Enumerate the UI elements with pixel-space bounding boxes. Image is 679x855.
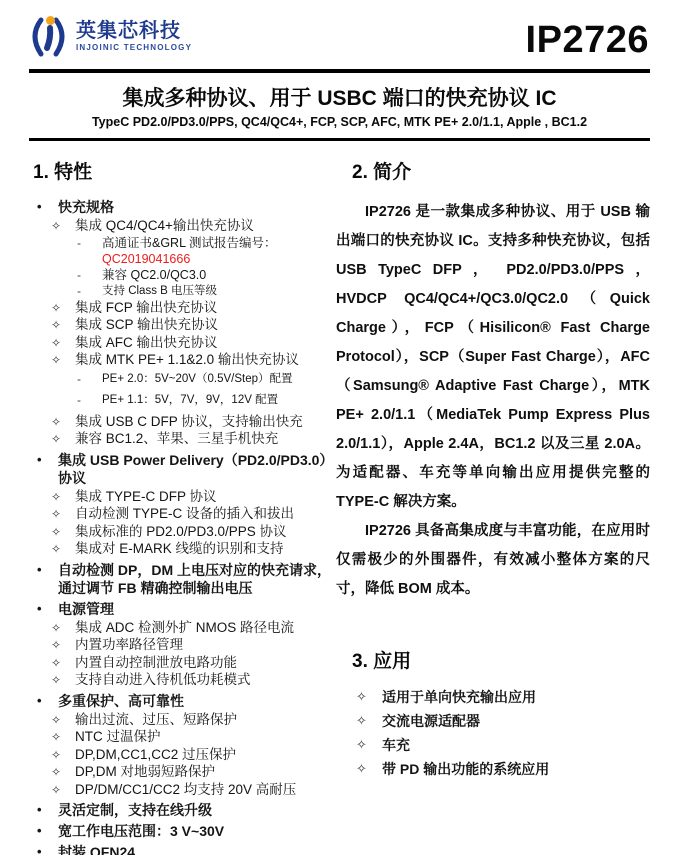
feature-item: -PE+ 1.1：5V，7V，9V，12V 配置 [33,393,336,408]
feature-text: DP,DM,CC1,CC2 过压保护 [75,747,336,764]
feature-text: PE+ 2.0：5V~20V（0.5V/Step）配置 [102,372,336,387]
feature-text: 电源管理 [58,600,336,618]
document-title: 集成多种协议、用于 USBC 端口的快充协议 IC [0,82,679,112]
applications-list: ✧适用于单向快充输出应用✧交流电源适配器✧车充✧带 PD 输出功能的系统应用 [336,687,650,779]
feature-item: •多重保护、高可靠性 [33,692,336,710]
bullet-marker: • [33,600,58,618]
bullet-marker: • [33,451,58,469]
feature-item: ✧集成 MTK PE+ 1.1&2.0 输出快充协议 [33,352,336,369]
feature-item: •宽工作电压范围：3 V~30V [33,822,336,840]
feature-item: ✧集成 ADC 检测外扩 NMOS 路径电流 [33,620,336,637]
feature-text: 支持自动进入待机低功耗模式 [75,672,336,689]
feature-item: •灵活定制，支持在线升级 [33,801,336,819]
feature-text: DP/DM/CC1/CC2 均支持 20V 高耐压 [75,782,336,799]
feature-item: •封装 QFN24 [33,843,336,855]
feature-item: ✧集成标准的 PD2.0/PD3.0/PPS 协议 [33,524,336,541]
feature-text: 集成 USB C DFP 协议，支持输出快充 [75,414,336,431]
application-text: 适用于单向快充输出应用 [382,687,536,707]
intro-paragraph: IP2726 是一款集成多种协议、用于 USB 输出端口的快充协议 IC。支持多… [336,198,650,517]
title-block: 集成多种协议、用于 USBC 端口的快充协议 IC TypeC PD2.0/PD… [0,73,679,138]
application-item: ✧带 PD 输出功能的系统应用 [336,759,650,779]
diamond-marker: ✧ [51,300,75,317]
feature-item: ✧集成 FCP 输出快充协议 [33,300,336,317]
feature-item: ✧支持自动进入待机低功耗模式 [33,672,336,689]
intro-paragraph: IP2726 具备高集成度与丰富功能，在应用时仅需极少的外围器件，有效减小整体方… [336,517,650,604]
diamond-marker: ✧ [51,335,75,352]
feature-item: •集成 USB Power Delivery（PD2.0/PD3.0）协议 [33,451,336,487]
bullet-marker: • [33,843,58,855]
bullet-marker: • [33,561,58,579]
application-text: 交流电源适配器 [382,711,480,731]
header: 英集芯科技 INJOINIC TECHNOLOGY IP2726 [0,0,679,69]
feature-item: ✧NTC 过温保护 [33,729,336,746]
bullet-marker: • [33,822,58,840]
feature-text: 兼容 QC2.0/QC3.0 [102,268,336,283]
part-number: IP2726 [526,21,649,59]
feature-item: •电源管理 [33,600,336,618]
feature-text: 集成标准的 PD2.0/PD3.0/PPS 协议 [75,524,336,541]
feature-text: DP,DM 对地弱短路保护 [75,764,336,781]
feature-item: -PE+ 2.0：5V~20V（0.5V/Step）配置 [33,372,336,387]
feature-item: ✧内置功率路径管理 [33,637,336,654]
features-column: 1. 特性 •快充规格✧集成 QC4/QC4+输出快充协议-高通证书&GRL 测… [33,153,336,855]
dash-marker: - [77,268,102,283]
feature-text: 集成 FCP 输出快充协议 [75,300,336,317]
feature-item: ✧DP/DM/CC1/CC2 均支持 20V 高耐压 [33,782,336,799]
applications-heading: 3. 应用 [336,646,650,673]
feature-text: 集成 MTK PE+ 1.1&2.0 输出快充协议 [75,352,336,369]
feature-text: 内置功率路径管理 [75,637,336,654]
application-text: 车充 [382,735,410,755]
feature-text: 输出过流、过压、短路保护 [75,712,336,729]
feature-item: ✧集成对 E-MARK 线缆的识别和支持 [33,541,336,558]
injoinic-logo-icon [26,13,70,59]
feature-text: 兼容 BC1.2、苹果、三星手机快充 [75,431,336,448]
application-item: ✧交流电源适配器 [336,711,650,731]
diamond-marker: ✧ [356,687,382,707]
feature-item: ✧兼容 BC1.2、苹果、三星手机快充 [33,431,336,448]
feature-text: 多重保护、高可靠性 [58,692,336,710]
diamond-marker: ✧ [51,712,75,729]
diamond-marker: ✧ [51,317,75,334]
diamond-marker: ✧ [51,782,75,799]
diamond-marker: ✧ [51,747,75,764]
feature-text: 集成 ADC 检测外扩 NMOS 路径电流 [75,620,336,637]
feature-item: ✧输出过流、过压、短路保护 [33,712,336,729]
features-heading: 1. 特性 [33,157,336,184]
diamond-marker: ✧ [51,414,75,431]
feature-item: -兼容 QC2.0/QC3.0 [33,268,336,283]
feature-item: ✧DP,DM 对地弱短路保护 [33,764,336,781]
feature-text: 支持 Class B 电压等级 [102,284,336,299]
dash-marker: - [77,372,102,387]
diamond-marker: ✧ [356,759,382,779]
intro-column: 2. 简介 IP2726 是一款集成多种协议、用于 USB 输出端口的快充协议 … [336,153,650,855]
application-item: ✧车充 [336,735,650,755]
diamond-marker: ✧ [51,655,75,672]
diamond-marker: ✧ [51,672,75,689]
feature-text: 快充规格 [58,198,336,216]
bullet-marker: • [33,198,58,216]
feature-text: 自动检测 TYPE-C 设备的插入和拔出 [75,506,336,523]
diamond-marker: ✧ [51,489,75,506]
feature-text: 集成对 E-MARK 线缆的识别和支持 [75,541,336,558]
features-list: •快充规格✧集成 QC4/QC4+输出快充协议-高通证书&GRL 测试报告编号：… [33,198,336,855]
diamond-marker: ✧ [356,735,382,755]
diamond-marker: ✧ [356,711,382,731]
feature-item: -支持 Class B 电压等级 [33,284,336,299]
feature-item: •自动检测 DP，DM 上电压对应的快充请求，通过调节 FB 精确控制输出电压 [33,561,336,597]
diamond-marker: ✧ [51,352,75,369]
logo-name-en: INJOINIC TECHNOLOGY [76,44,192,52]
feature-text: 集成 USB Power Delivery（PD2.0/PD3.0）协议 [58,451,336,487]
feature-text: 灵活定制，支持在线升级 [58,801,336,819]
logo-text: 英集芯科技 INJOINIC TECHNOLOGY [76,21,192,52]
dash-marker: - [77,236,102,251]
feature-text: 集成 QC4/QC4+输出快充协议 [75,218,336,235]
feature-text: 集成 AFC 输出快充协议 [75,335,336,352]
feature-text: QC2019041666 [102,252,336,267]
feature-item: ✧集成 QC4/QC4+输出快充协议 [33,218,336,235]
diamond-marker: ✧ [51,506,75,523]
diamond-marker: ✧ [51,541,75,558]
dash-marker: - [77,393,102,408]
feature-text: 集成 SCP 输出快充协议 [75,317,336,334]
feature-text: PE+ 1.1：5V，7V，9V，12V 配置 [102,393,336,408]
feature-text: 高通证书&GRL 测试报告编号： [102,236,336,251]
document-subtitle: TypeC PD2.0/PD3.0/PPS, QC4/QC4+, FCP, SC… [0,115,679,129]
diamond-marker: ✧ [51,637,75,654]
feature-item: QC2019041666 [33,252,336,267]
diamond-marker: ✧ [51,764,75,781]
feature-item: ✧自动检测 TYPE-C 设备的插入和拔出 [33,506,336,523]
diamond-marker: ✧ [51,524,75,541]
logo-orange-dot [46,16,55,25]
feature-item: ✧集成 TYPE-C DFP 协议 [33,489,336,506]
feature-text: 封装 QFN24 [58,843,336,855]
feature-item: ✧集成 USB C DFP 协议，支持输出快充 [33,414,336,431]
dash-marker: - [77,284,102,299]
feature-item: ✧DP,DM,CC1,CC2 过压保护 [33,747,336,764]
content-columns: 1. 特性 •快充规格✧集成 QC4/QC4+输出快充协议-高通证书&GRL 测… [0,141,679,855]
datasheet-page: 英集芯科技 INJOINIC TECHNOLOGY IP2726 集成多种协议、… [0,0,679,855]
diamond-marker: ✧ [51,218,75,235]
feature-item: ✧集成 AFC 输出快充协议 [33,335,336,352]
feature-text: NTC 过温保护 [75,729,336,746]
feature-text: 内置自动控制泄放电路功能 [75,655,336,672]
feature-item: ✧集成 SCP 输出快充协议 [33,317,336,334]
bullet-marker: • [33,801,58,819]
application-text: 带 PD 输出功能的系统应用 [382,759,549,779]
application-item: ✧适用于单向快充输出应用 [336,687,650,707]
diamond-marker: ✧ [51,729,75,746]
diamond-marker: ✧ [51,431,75,448]
feature-item: ✧内置自动控制泄放电路功能 [33,655,336,672]
bullet-marker: • [33,692,58,710]
feature-text: 自动检测 DP，DM 上电压对应的快充请求，通过调节 FB 精确控制输出电压 [58,561,336,597]
intro-heading: 2. 简介 [336,157,650,184]
feature-item: -高通证书&GRL 测试报告编号： [33,236,336,251]
feature-text: 宽工作电压范围：3 V~30V [58,822,336,840]
diamond-marker: ✧ [51,620,75,637]
logo-name-cn: 英集芯科技 [76,21,192,41]
injoinic-logo: 英集芯科技 INJOINIC TECHNOLOGY [26,13,192,59]
feature-text: 集成 TYPE-C DFP 协议 [75,489,336,506]
feature-item: •快充规格 [33,198,336,216]
